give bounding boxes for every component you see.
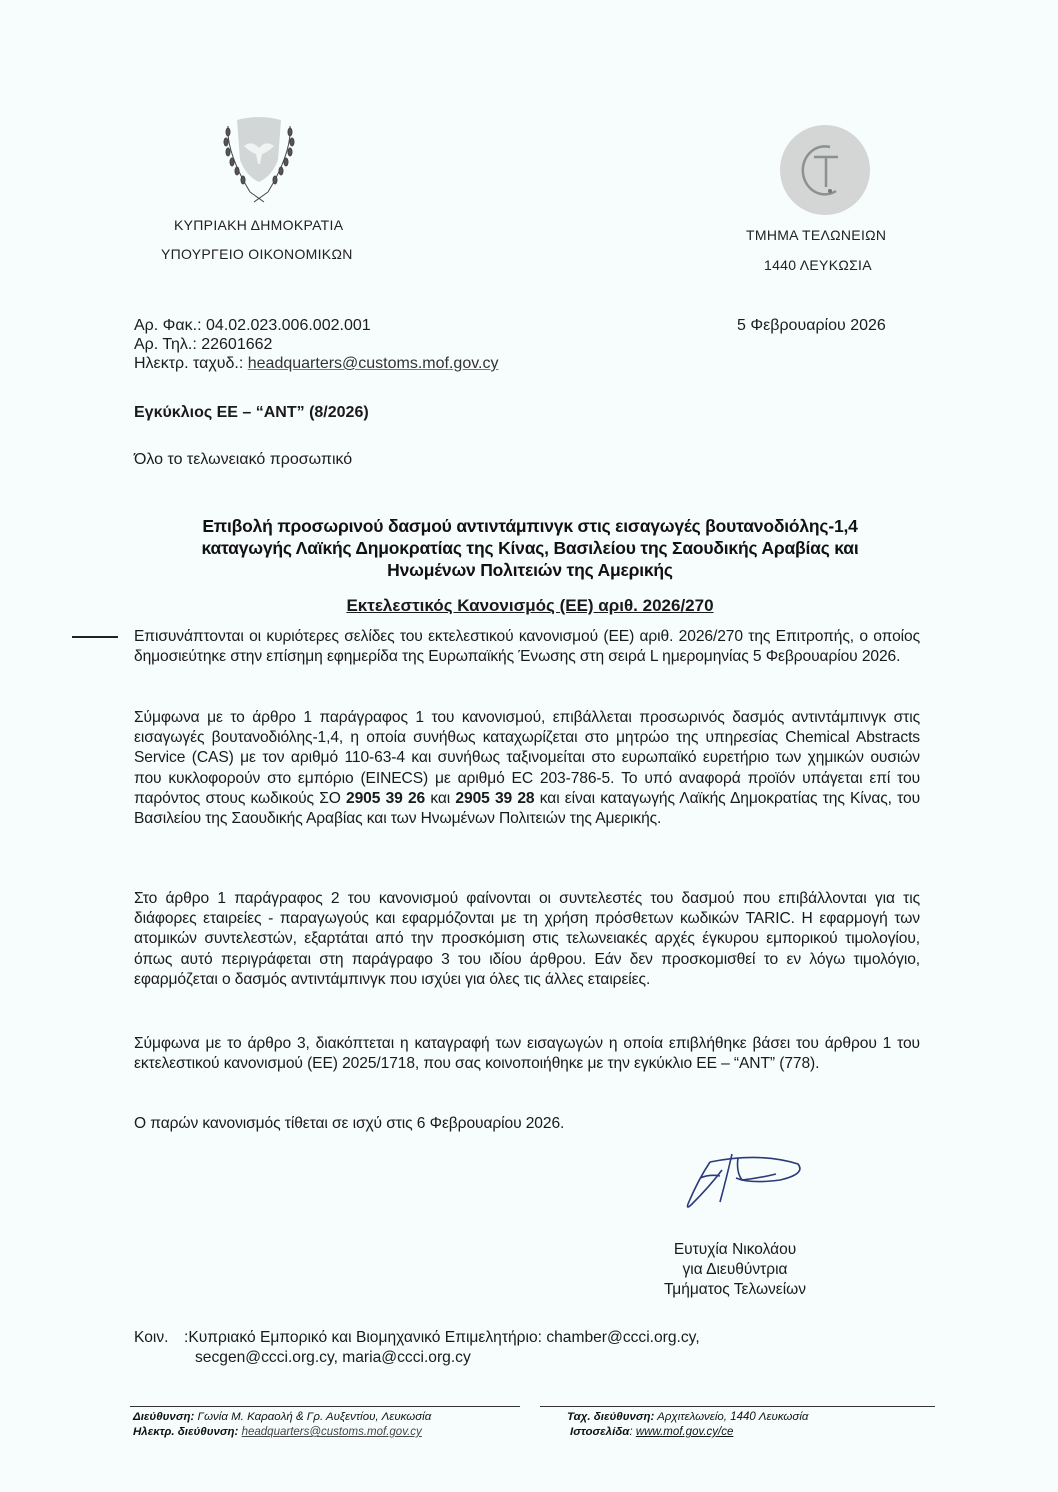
circular-number: Εγκύκλιος ΕΕ – “ΑΝΤ” (8/2026) <box>134 404 369 422</box>
cn-code-2: 2905 39 28 <box>455 790 534 807</box>
signature-icon <box>680 1150 810 1220</box>
cc-line-2: secgen@ccci.org.cy, maria@ccci.org.cy <box>195 1348 471 1368</box>
republic-name: ΚΥΠΡΙΑΚΗ ΔΗΜΟΚΡΑΤΙΑ <box>174 217 343 233</box>
footer-left: Διεύθυνση: Γωνία Μ. Καραολή & Γρ. Αυξεντ… <box>133 1410 431 1440</box>
coat-of-arms-icon <box>214 112 304 204</box>
footer-right: Ταχ. διεύθυνση: Αρχιτελωνείο, 1440 Λευκω… <box>567 1410 808 1440</box>
signatory-name: Ευτυχία Νικολάου <box>620 1240 850 1260</box>
cc-label: Κοιν. <box>134 1328 168 1348</box>
email-line: Ηλεκτρ. ταχυδ.: headquarters@customs.mof… <box>134 354 498 373</box>
paragraph-entry-into-force: Ο παρών κανονισμός τίθεται σε ισχύ στις … <box>134 1114 920 1134</box>
reference-block: Αρ. Φακ.: 04.02.023.006.002.001 Αρ. Τηλ.… <box>134 316 498 373</box>
paragraph-article-1-2: Στο άρθρο 1 παράγραφος 2 του κανονισμού … <box>134 889 920 990</box>
ministry-name: ΥΠΟΥΡΓΕΙΟ ΟΙΚΟΝΟΜΙΚΩΝ <box>161 246 353 262</box>
paragraph-article-1-1: Σύμφωνα με το άρθρο 1 παράγραφος 1 του κ… <box>134 708 920 829</box>
footer-address: Διεύθυνση: Γωνία Μ. Καραολή & Γρ. Αυξεντ… <box>133 1410 431 1425</box>
footer-divider-right <box>540 1406 935 1407</box>
footer-email: Ηλεκτρ. διεύθυνση: headquarters@customs.… <box>133 1425 431 1440</box>
signatory-department: Τμήματος Τελωνείων <box>620 1280 850 1300</box>
cc-line-1: :Κυπριακό Εμπορικό και Βιομηχανικό Επιμε… <box>184 1328 700 1348</box>
paragraph-article-3: Σύμφωνα με το άρθρο 3, διακόπτεται η κατ… <box>134 1034 920 1074</box>
footer-website: Ιστοσελίδα: www.mof.gov.cy/ce <box>567 1425 808 1440</box>
regulation-reference: Εκτελεστικός Κανονισμός (ΕΕ) αριθ. 2026/… <box>110 596 950 616</box>
department-city: 1440 ΛΕΥΚΩΣΙΑ <box>764 257 872 273</box>
footer-postal: Ταχ. διεύθυνση: Αρχιτελωνείο, 1440 Λευκω… <box>567 1410 808 1425</box>
paragraph-attachment: Επισυνάπτονται οι κυριότερες σελίδες του… <box>134 627 920 667</box>
footer-divider-left <box>130 1406 520 1407</box>
cn-code-1: 2905 39 26 <box>346 790 425 807</box>
customs-logo-icon <box>780 125 870 215</box>
document-date: 5 Φεβρουαρίου 2026 <box>737 316 886 335</box>
phone-number: Αρ. Τηλ.: 22601662 <box>134 335 498 354</box>
margin-mark <box>72 636 118 638</box>
department-name: ΤΜΗΜΑ ΤΕΛΩΝΕΙΩΝ <box>746 227 886 243</box>
customs-logo <box>780 125 870 215</box>
cyprus-emblem <box>214 112 304 204</box>
footer-website-link[interactable]: www.mof.gov.cy/ce <box>636 1426 734 1438</box>
footer-email-link[interactable]: headquarters@customs.mof.gov.cy <box>242 1426 422 1438</box>
subject-title: Επιβολή προσωρινού δασμού αντιντάμπινγκ … <box>110 515 950 581</box>
signature <box>680 1150 810 1220</box>
file-number: Αρ. Φακ.: 04.02.023.006.002.001 <box>134 316 498 335</box>
signatory-block: Ευτυχία Νικολάου για Διευθύντρια Τμήματο… <box>620 1240 850 1300</box>
signatory-role: για Διευθύντρια <box>620 1260 850 1280</box>
email-link[interactable]: headquarters@customs.mof.gov.cy <box>248 355 499 372</box>
recipient: Όλο το τελωνειακό προσωπικό <box>134 450 352 469</box>
